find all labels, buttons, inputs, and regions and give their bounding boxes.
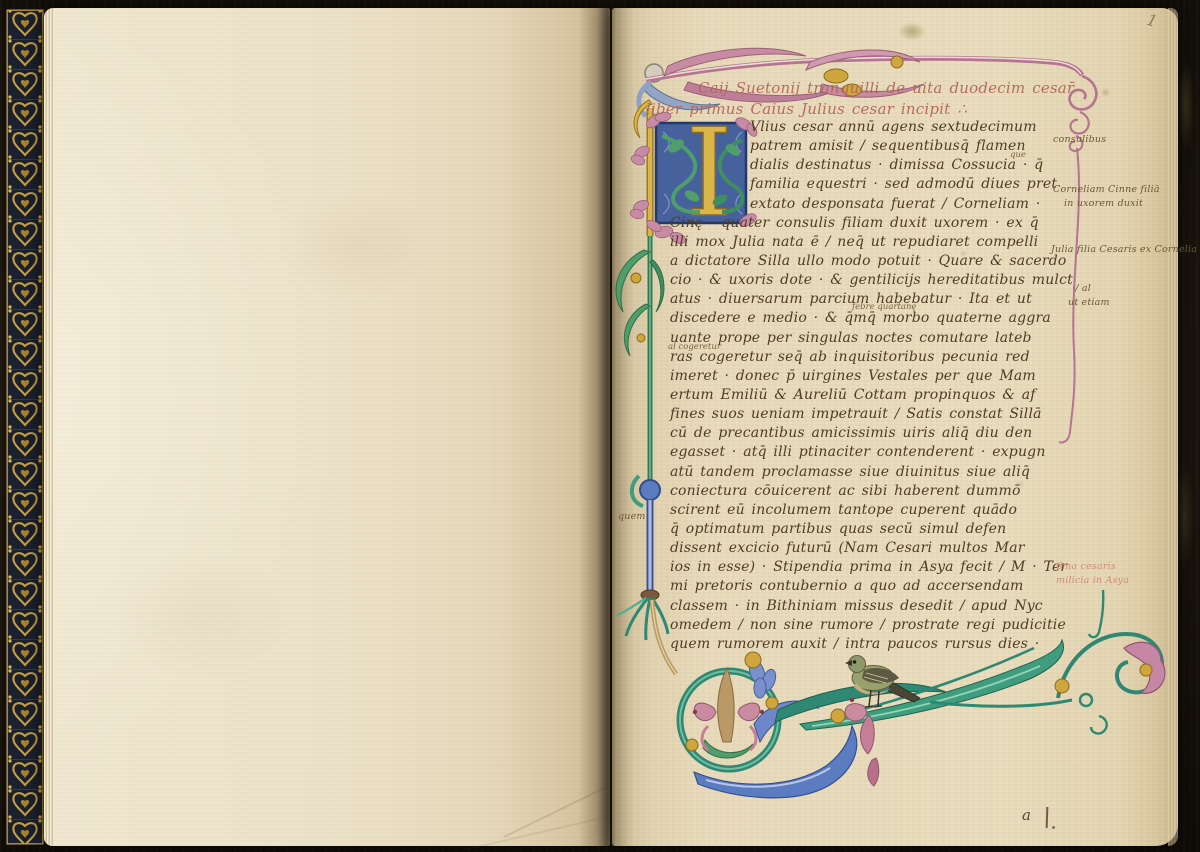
manuscript-text-line: egasset · atq̄ illi ptinaciter contender…	[670, 444, 1062, 463]
manuscript-text-line: patrem amisit / sequentibusq̄ flamen	[670, 138, 1062, 157]
manuscript-text-line: cū de precantibus amicissimis uiris aliq…	[670, 425, 1062, 444]
manuscript-text-line: cio · & uxoris dote · & gentilicijs here…	[670, 272, 1062, 291]
interlinear-gloss-cogeretur: al cogeretur	[668, 342, 721, 352]
manuscript-text-line: a dictatore Silla ullo modo potuit · Qua…	[670, 253, 1062, 272]
rubric-line-1: Caij Suetonij tranquilli de uita duodeci…	[646, 79, 1074, 100]
manuscript-text-line: ios in esse) · Stipendia prima in Asya f…	[670, 559, 1062, 578]
manuscript-text-line: dialis destinatus · dimissa Cossucia · q…	[670, 157, 1062, 176]
manuscript-text-line: ertum Emiliū & Aureliū Cottam propinquos…	[670, 387, 1062, 406]
manuscript-text-line: illi mox Julia nata ē / neq̄ ut repudiar…	[670, 234, 1062, 253]
main-text-block: Vlius cesar annū agens sextudecimumpatre…	[670, 119, 1062, 655]
quire-signature: a	[1022, 806, 1031, 824]
manuscript-text-line: imeret · donec p̄ uirgines Vestales per …	[670, 368, 1062, 387]
margin-note-prima-2: milicia in Asya	[1056, 575, 1129, 586]
manuscript-photograph: I	[0, 0, 1200, 852]
manuscript-text-line: omedem / non sine rumore / prostrate reg…	[670, 617, 1062, 636]
manuscript-text-line: classem · in Bithiniam missus desedit / …	[670, 598, 1062, 617]
interlinear-gloss-quartane: febre quartanę	[852, 302, 916, 312]
margin-note-julia: Julia filia Cesaris ex Cornelia	[1051, 244, 1197, 255]
manuscript-text-line: ras cogeretur seq̄ ab inquisitoribus pec…	[670, 349, 1062, 368]
manuscript-text-line: dissent excicio futurū (Nam Cesari multo…	[670, 540, 1062, 559]
manuscript-text-line: mi pretoris contubernio a quo ad accerse…	[670, 578, 1062, 597]
manuscript-text-line: familia equestri · sed admodū diues pret	[670, 176, 1062, 195]
manuscript-text-line: scirent eū incolumem tantope cuperent qu…	[670, 502, 1062, 521]
manuscript-text-line: uante prope per singulas noctes comutare…	[670, 330, 1062, 349]
gilt-book-edge	[6, 9, 44, 845]
manuscript-text-line: Vlius cesar annū agens sextudecimum	[670, 119, 1062, 138]
interlinear-gloss-que: que	[1010, 150, 1026, 160]
margin-note-al: ·/ al	[1072, 283, 1091, 294]
margin-note-ut-etiam: ut etiam	[1068, 297, 1110, 308]
manuscript-text-line: Cinę · quater consulis filiam duxit uxor…	[670, 215, 1062, 234]
margin-note-prima-1: p̄ma cesaris	[1056, 561, 1116, 572]
manuscript-text-line: coniectura cōuicerent ac sibi haberent d…	[670, 483, 1062, 502]
margin-note-quem: quem	[618, 511, 646, 522]
manuscript-text-line: discedere e medio · & q̄mq̄ morbo quater…	[670, 310, 1062, 329]
margin-note-cornelia-1: Corneliam Cinne filiā	[1053, 184, 1160, 195]
rubric-incipit: Caij Suetonij tranquilli de uita duodeci…	[646, 79, 1074, 120]
gilt-pattern	[6, 9, 44, 845]
manuscript-text-line: extato desponsata fuerat / Corneliam ·	[670, 196, 1062, 215]
margin-note-cornelia-2: in uxorem duxit	[1064, 198, 1143, 209]
blank-verso-page	[44, 8, 610, 846]
margin-note-consulibus: consulibus	[1053, 134, 1106, 145]
rubric-line-2: liber primus Caius Julius cesar incipit …	[646, 100, 1074, 121]
manuscript-text-line: atū tandem proclamasse siue diuinitus si…	[670, 464, 1062, 483]
manuscript-text-line: quem rumorem auxit / intra paucos rursus…	[670, 636, 1062, 655]
manuscript-text-line: fines suos ueniam impetrauit / Satis con…	[670, 406, 1062, 425]
manuscript-text-line: q̄ optimatum partibus quas secū simul de…	[670, 521, 1062, 540]
quire-signature-dot	[1052, 826, 1055, 829]
